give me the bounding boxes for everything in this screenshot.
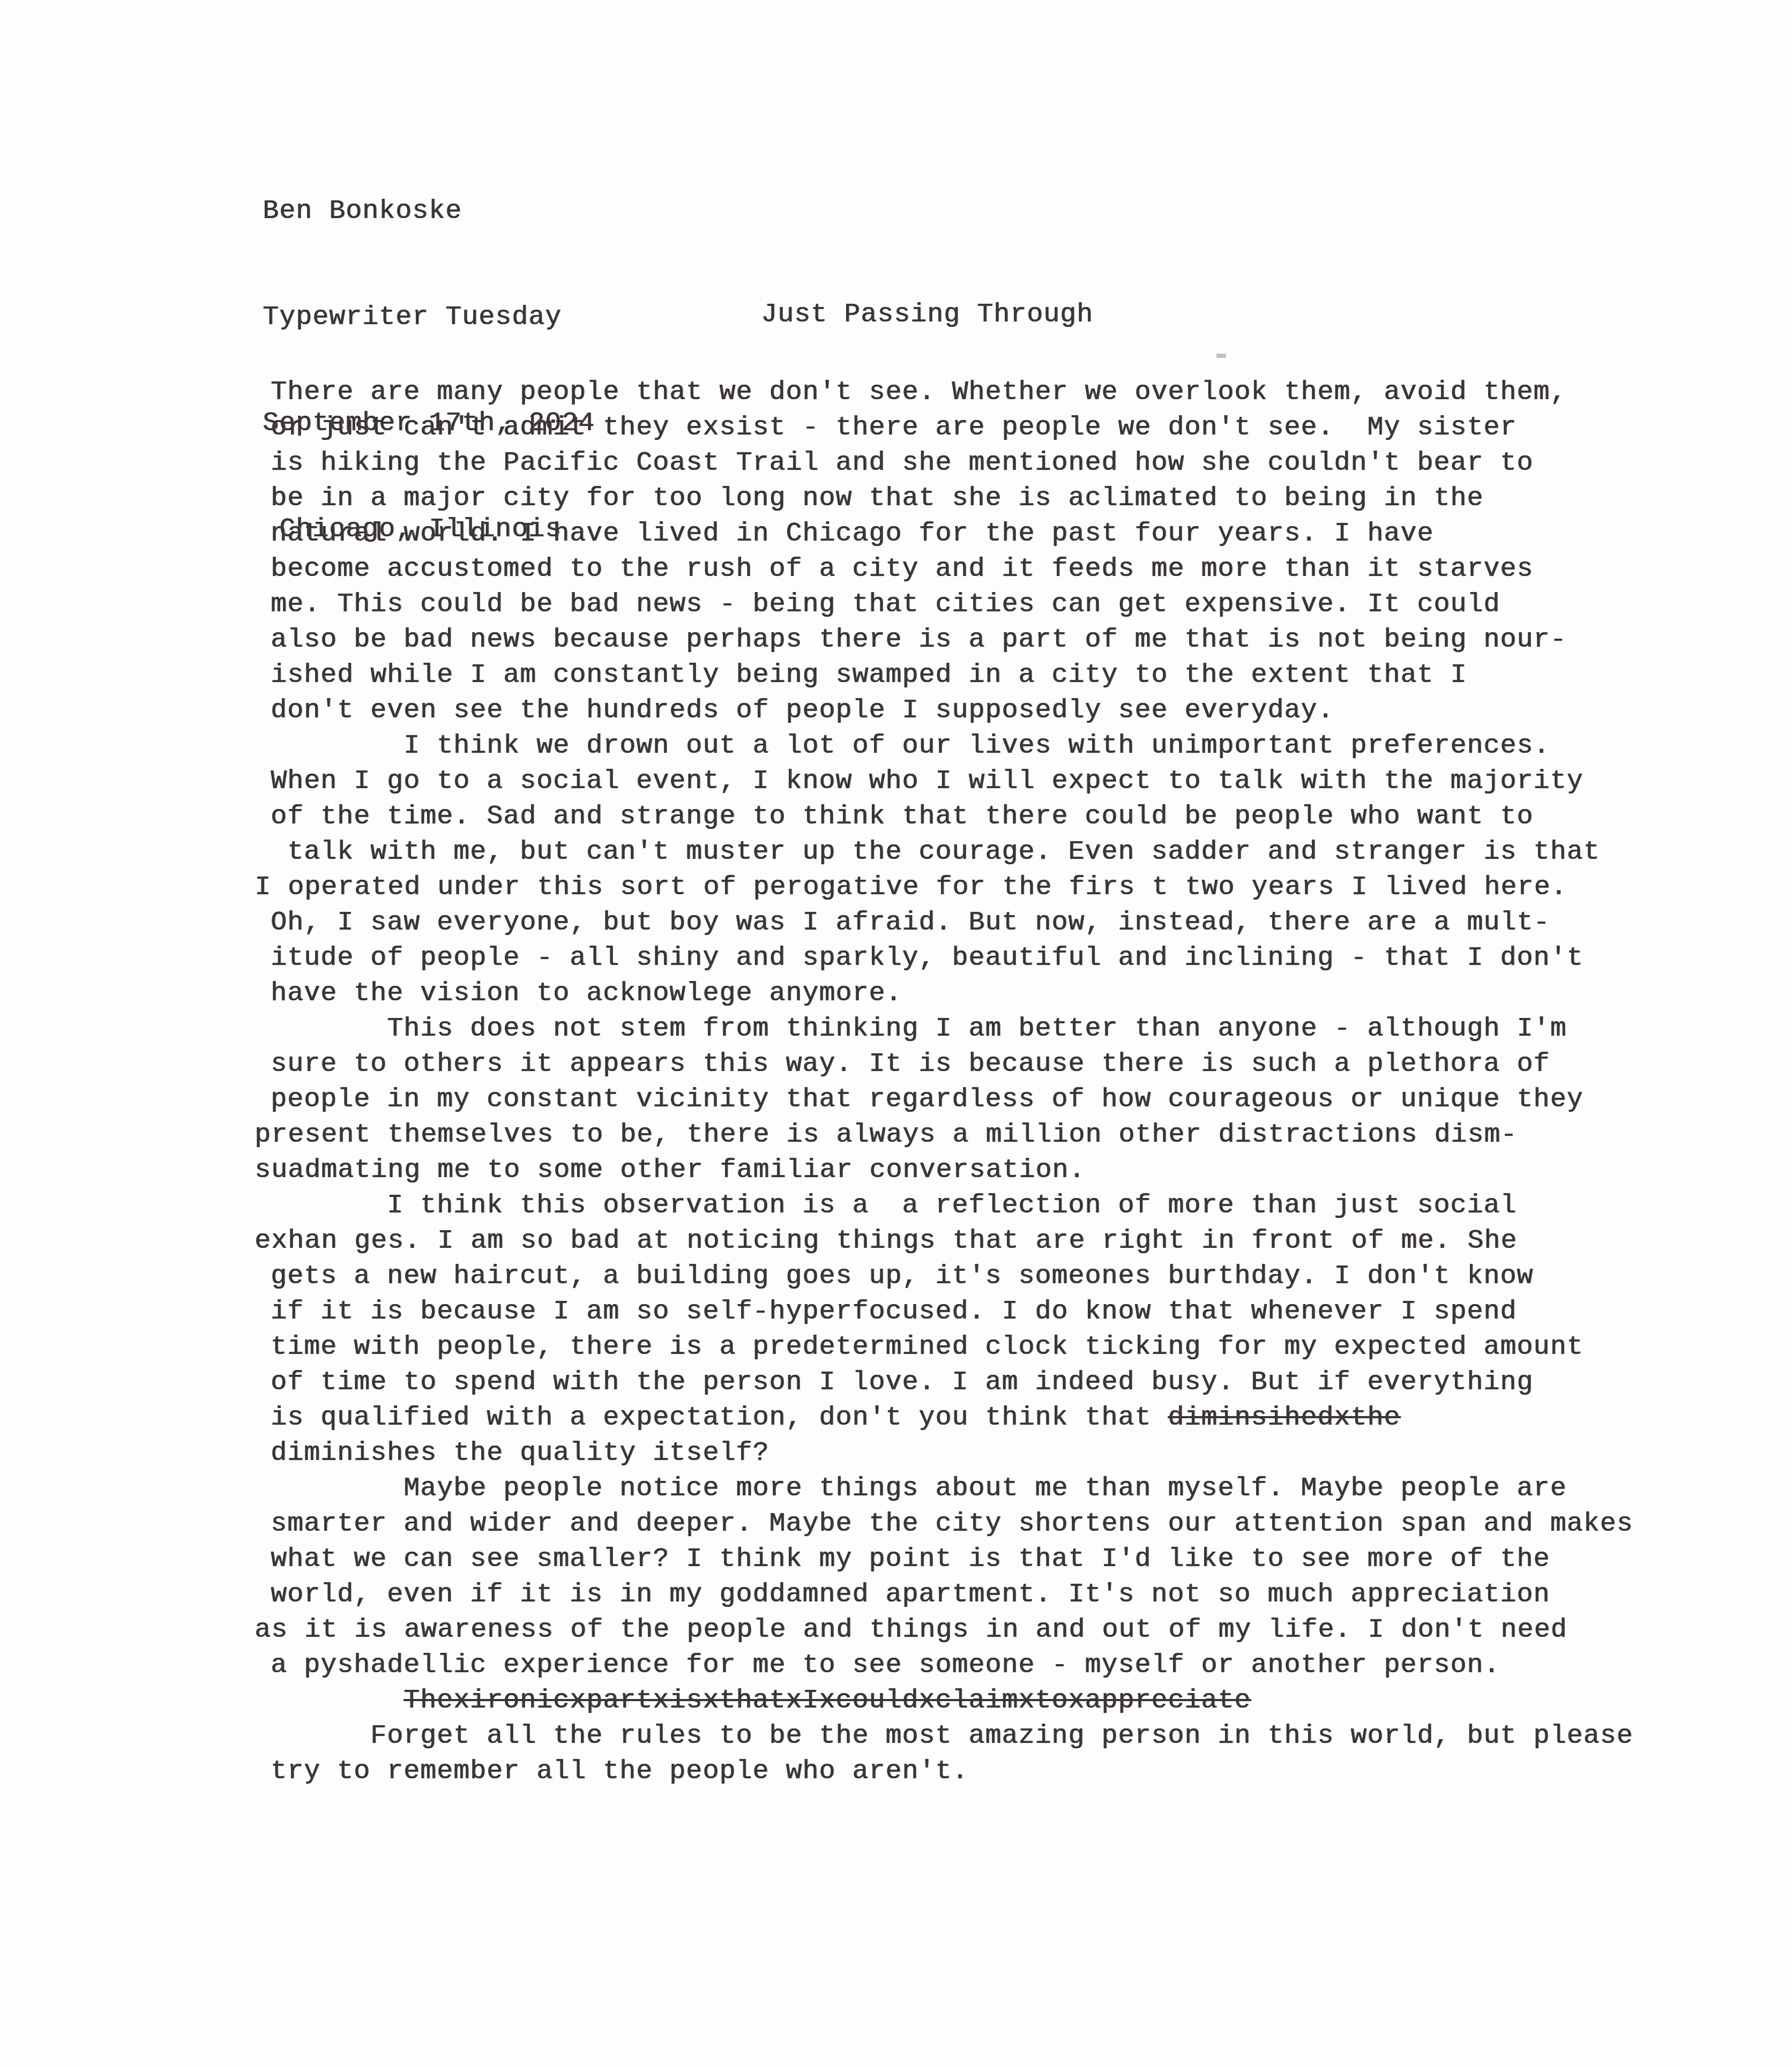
text-line: Maybe people notice more things about me… — [271, 1471, 1633, 1507]
line-text: me. This could be bad news - being that … — [271, 589, 1500, 620]
ink-speck — [1216, 354, 1226, 358]
text-line: try to remember all the people who aren'… — [271, 1754, 1633, 1790]
line-text — [271, 1686, 404, 1716]
line-text: gets a new haircut, a building goes up, … — [271, 1261, 1533, 1292]
line-text: suadmating me to some other familiar con… — [255, 1155, 1085, 1186]
line-text: I operated under this sort of perogative… — [255, 872, 1567, 903]
line-text: don't even see the hundreds of people I … — [271, 695, 1334, 726]
text-line: world, even if it is in my goddamned apa… — [271, 1577, 1633, 1613]
text-line: I operated under this sort of perogative… — [255, 870, 1633, 905]
line-text: When I go to a social event, I know who … — [271, 766, 1583, 797]
text-line: also be bad news because perhaps there i… — [271, 623, 1633, 658]
line-text: Oh, I saw everyone, but boy was I afraid… — [271, 908, 1550, 938]
text-line: is qualified with a expectation, don't y… — [271, 1401, 1633, 1436]
struck-out-text: ThexironicxpartxisxthatxIxcouldxclaimxto… — [404, 1686, 1251, 1716]
text-line: don't even see the hundreds of people I … — [271, 693, 1633, 729]
text-line: of time to spend with the person I love.… — [271, 1365, 1633, 1401]
text-line: itude of people - all shiny and sparkly,… — [271, 941, 1633, 976]
line-text: also be bad news because perhaps there i… — [271, 625, 1566, 655]
line-text: I think this observation is a a reflecti… — [271, 1191, 1517, 1221]
text-line: There are many people that we don't see.… — [271, 375, 1633, 410]
line-text: exhan ges. I am so bad at noticing thing… — [255, 1226, 1517, 1256]
text-line: people in my constant vicinity that rega… — [271, 1082, 1633, 1118]
essay-body: There are many people that we don't see.… — [271, 375, 1633, 1790]
line-text: of time to spend with the person I love.… — [271, 1367, 1533, 1398]
line-text: ished while I am constantly being swampe… — [271, 660, 1467, 691]
text-line: a pyshadellic experience for me to see s… — [271, 1648, 1633, 1683]
line-text: if it is because I am so self-hyperfocus… — [271, 1297, 1517, 1327]
line-text: Forget all the rules to be the most amaz… — [271, 1721, 1633, 1751]
text-line: Oh, I saw everyone, but boy was I afraid… — [271, 905, 1633, 941]
text-line: have the vision to acknowlege anymore. — [271, 976, 1633, 1012]
text-line: is hiking the Pacific Coast Trail and sh… — [271, 446, 1633, 481]
line-text: have the vision to acknowlege anymore. — [271, 978, 902, 1009]
text-line: suadmating me to some other familiar con… — [255, 1153, 1633, 1188]
text-line: become accustomed to the rush of a city … — [271, 552, 1633, 587]
text-line: ished while I am constantly being swampe… — [271, 658, 1633, 693]
series-name: Typewriter Tuesday — [263, 300, 595, 335]
line-text: people in my constant vicinity that rega… — [271, 1084, 1583, 1115]
line-text: try to remember all the people who aren'… — [271, 1756, 968, 1787]
text-line: ThexironicxpartxisxthatxIxcouldxclaimxto… — [271, 1683, 1633, 1719]
line-text: of the time. Sad and strange to think th… — [271, 802, 1533, 832]
line-text: become accustomed to the rush of a city … — [271, 554, 1533, 585]
text-line: talk with me, but can't muster up the co… — [271, 835, 1633, 870]
text-line: When I go to a social event, I know who … — [271, 764, 1633, 799]
author-name: Ben Bonkoske — [263, 194, 595, 229]
line-text: present themselves to be, there is alway… — [255, 1120, 1517, 1150]
text-line: Forget all the rules to be the most amaz… — [271, 1719, 1633, 1754]
line-text: There are many people that we don't see.… — [271, 377, 1566, 408]
line-text: This does not stem from thinking I am be… — [271, 1014, 1566, 1044]
line-text: a pyshadellic experience for me to see s… — [271, 1650, 1500, 1681]
text-line: sure to others it appears this way. It i… — [271, 1047, 1633, 1082]
line-text: Maybe people notice more things about me… — [271, 1473, 1566, 1504]
text-line: I think this observation is a a reflecti… — [271, 1188, 1633, 1224]
text-line: natural world. I have lived in Chicago f… — [271, 516, 1633, 552]
line-text: is qualified with a expectation, don't y… — [271, 1403, 1168, 1433]
line-text: natural world. I have lived in Chicago f… — [271, 519, 1433, 549]
text-line: present themselves to be, there is alway… — [255, 1118, 1633, 1153]
text-line: if it is because I am so self-hyperfocus… — [271, 1294, 1633, 1330]
text-line: diminishes the quality itself? — [271, 1436, 1633, 1471]
line-text: what we can see smaller? I think my poin… — [271, 1544, 1550, 1575]
line-text: itude of people - all shiny and sparkly,… — [271, 943, 1583, 974]
text-line: of the time. Sad and strange to think th… — [271, 799, 1633, 835]
text-line: as it is awareness of the people and thi… — [255, 1613, 1633, 1648]
essay-title: Just Passing Through — [761, 297, 1093, 333]
text-line: time with people, there is a predetermin… — [271, 1330, 1633, 1365]
line-text: be in a major city for too long now that… — [271, 483, 1483, 514]
text-line: exhan ges. I am so bad at noticing thing… — [255, 1224, 1633, 1259]
struck-out-text: diminsihedxthe — [1168, 1403, 1400, 1433]
text-line: I think we drown out a lot of our lives … — [271, 729, 1633, 764]
line-text: talk with me, but can't muster up the co… — [271, 837, 1600, 867]
text-line: This does not stem from thinking I am be… — [271, 1012, 1633, 1047]
text-line: what we can see smaller? I think my poin… — [271, 1542, 1633, 1577]
line-text: or just can't admit they exsist - there … — [271, 413, 1517, 443]
line-text: time with people, there is a predetermin… — [271, 1332, 1583, 1363]
typewritten-page: Ben Bonkoske Typewriter Tuesday Septembe… — [0, 0, 1792, 2066]
line-text: is hiking the Pacific Coast Trail and sh… — [271, 448, 1533, 478]
text-line: or just can't admit they exsist - there … — [271, 410, 1633, 446]
line-text: world, even if it is in my goddamned apa… — [271, 1580, 1550, 1610]
line-text: I think we drown out a lot of our lives … — [271, 731, 1550, 761]
line-text: smarter and wider and deeper. Maybe the … — [271, 1509, 1633, 1539]
text-line: smarter and wider and deeper. Maybe the … — [271, 1507, 1633, 1542]
text-line: me. This could be bad news - being that … — [271, 587, 1633, 623]
line-text: sure to others it appears this way. It i… — [271, 1049, 1550, 1080]
text-line: be in a major city for too long now that… — [271, 481, 1633, 516]
line-text: as it is awareness of the people and thi… — [255, 1615, 1567, 1645]
text-line: gets a new haircut, a building goes up, … — [271, 1259, 1633, 1294]
line-text: diminishes the quality itself? — [271, 1438, 769, 1469]
